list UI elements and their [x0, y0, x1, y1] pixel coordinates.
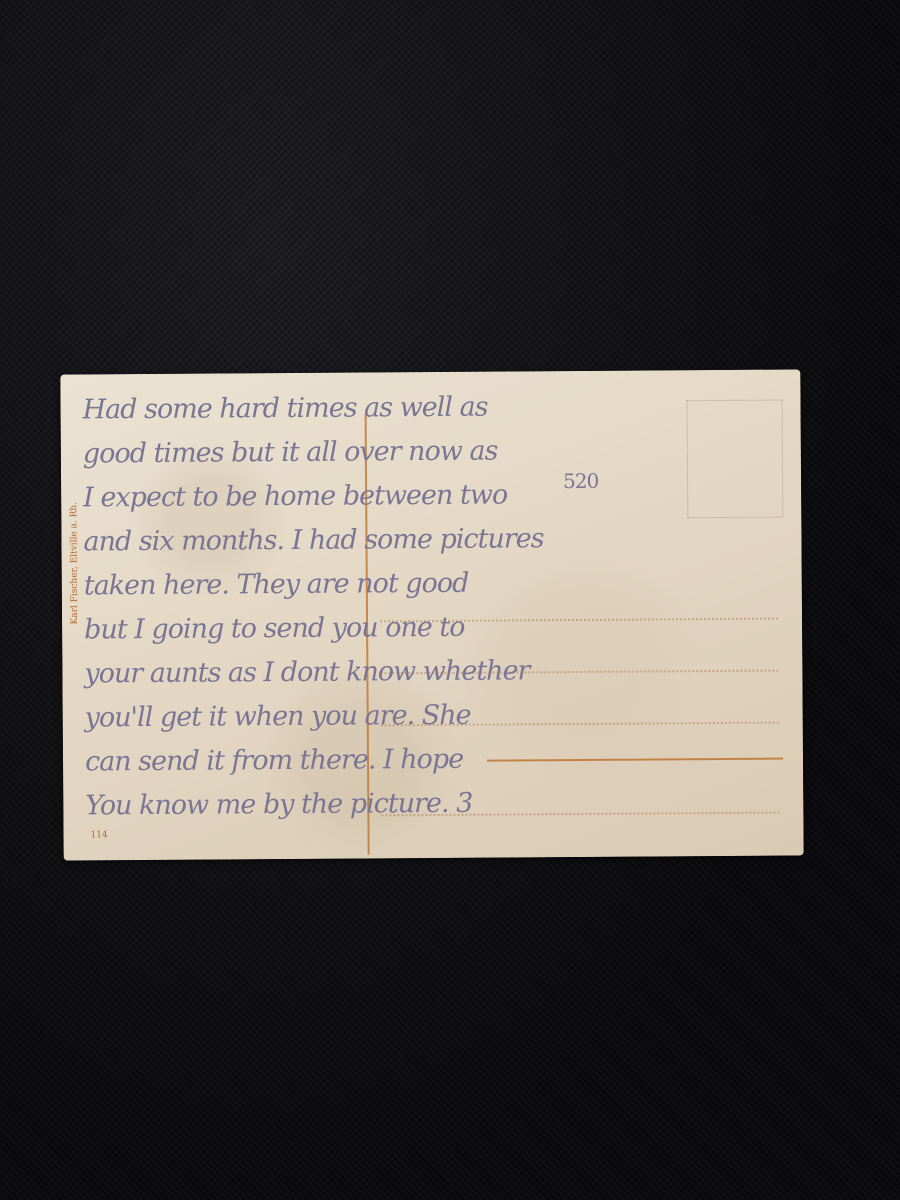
card-number: 114 — [90, 830, 107, 840]
handwritten-message: Had some hard times as well as good time… — [82, 383, 803, 828]
message-line: Had some hard times as well as — [82, 383, 802, 432]
message-line: and six months. I had some pictures — [83, 515, 803, 564]
message-line: but I going to send you one to — [84, 603, 804, 652]
message-line: can send it from there. I hope — [85, 735, 804, 784]
message-line: good times but it all over now as — [83, 427, 803, 476]
annotation-number: 520 — [563, 459, 598, 503]
message-line: I expect to be home between two — [83, 471, 803, 520]
message-line: your aunts as I dont know whether — [84, 647, 803, 696]
message-line: you'll get it when you are. She — [85, 691, 804, 740]
postcard: Karl Fischer, Eltville a. Rh. 114 Had so… — [60, 369, 803, 860]
message-line: taken here. They are not good — [84, 559, 804, 608]
message-line: You know me by the picture. 3 — [85, 779, 804, 828]
publisher-imprint: Karl Fischer, Eltville a. Rh. — [69, 502, 80, 625]
